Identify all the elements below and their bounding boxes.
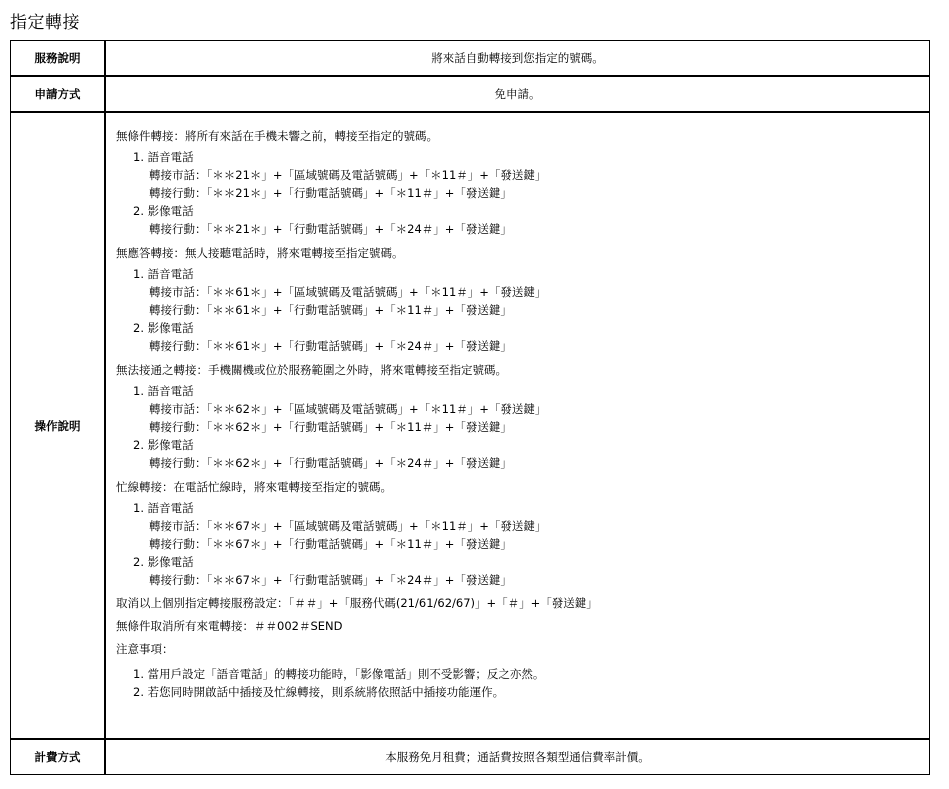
cancel-all-text: 無條件取消所有來電轉接：＃＃002＃SEND <box>116 617 929 635</box>
notes-heading: 注意事項： <box>116 640 929 658</box>
code-line: 轉接行動：「＊＊62＊」+「行動電話號碼」+「＊11＃」+「發送鍵」 <box>116 418 929 436</box>
section-heading: 無法接通之轉接：手機關機或位於服務範圍之外時，將來電轉接至指定號碼。 <box>116 361 929 379</box>
list-item: 2. 影像電話 <box>116 319 929 337</box>
note-item: 2. 若您同時開啟話中插接及忙線轉接，則系統將依照話中插接功能運作。 <box>116 683 929 701</box>
operation-content: 無條件轉接：將所有來話在手機未響之前，轉接至指定的號碼。 1. 語音電話 轉接市… <box>105 112 930 739</box>
row-billing: 計費方式 本服務免月租費；通話費按照各類型通信費率計價。 <box>11 739 930 775</box>
section-busy: 忙線轉接：在電話忙線時，將來電轉接至指定的號碼。 1. 語音電話 轉接市話：「＊… <box>116 478 929 589</box>
row-label: 申請方式 <box>11 76 106 112</box>
list-item: 2. 影像電話 <box>116 553 929 571</box>
code-line: 轉接行動：「＊＊61＊」+「行動電話號碼」+「＊24＃」+「發送鍵」 <box>116 337 929 355</box>
note-item: 1. 當用戶設定「語音電話」的轉接功能時，「影像電話」則不受影響；反之亦然。 <box>116 665 929 683</box>
row-service-description: 服務說明 將來話自動轉接到您指定的號碼。 <box>11 41 930 77</box>
code-line: 轉接行動：「＊＊61＊」+「行動電話號碼」+「＊11＃」+「發送鍵」 <box>116 301 929 319</box>
service-info-table: 服務說明 將來話自動轉接到您指定的號碼。 申請方式 免申請。 操作說明 無條件轉… <box>10 40 930 775</box>
section-unreachable: 無法接通之轉接：手機關機或位於服務範圍之外時，將來電轉接至指定號碼。 1. 語音… <box>116 361 929 472</box>
row-value: 將來話自動轉接到您指定的號碼。 <box>105 41 930 77</box>
row-apply-method: 申請方式 免申請。 <box>11 76 930 112</box>
code-line: 轉接市話：「＊＊21＊」+「區域號碼及電話號碼」+「＊11＃」+「發送鍵」 <box>116 166 929 184</box>
cancel-individual-text: 取消以上個別指定轉接服務設定：「＃＃」+「服務代碼(21/61/62/67)」+… <box>116 594 929 612</box>
row-label: 操作說明 <box>11 112 106 739</box>
row-label: 計費方式 <box>11 739 106 775</box>
section-no-answer: 無應答轉接：無人接聽電話時，將來電轉接至指定號碼。 1. 語音電話 轉接市話：「… <box>116 244 929 355</box>
list-item: 1. 語音電話 <box>116 265 929 283</box>
code-line: 轉接市話：「＊＊61＊」+「區域號碼及電話號碼」+「＊11＃」+「發送鍵」 <box>116 283 929 301</box>
code-line: 轉接行動：「＊＊67＊」+「行動電話號碼」+「＊11＃」+「發送鍵」 <box>116 535 929 553</box>
row-operation-instructions: 操作說明 無條件轉接：將所有來話在手機未響之前，轉接至指定的號碼。 1. 語音電… <box>11 112 930 739</box>
code-line: 轉接市話：「＊＊67＊」+「區域號碼及電話號碼」+「＊11＃」+「發送鍵」 <box>116 517 929 535</box>
code-line: 轉接市話：「＊＊62＊」+「區域號碼及電話號碼」+「＊11＃」+「發送鍵」 <box>116 400 929 418</box>
page-title: 指定轉接 <box>10 8 80 33</box>
section-heading: 忙線轉接：在電話忙線時，將來電轉接至指定的號碼。 <box>116 478 929 496</box>
list-item: 2. 影像電話 <box>116 436 929 454</box>
list-item: 1. 語音電話 <box>116 499 929 517</box>
row-label: 服務說明 <box>11 41 106 77</box>
list-item: 1. 語音電話 <box>116 148 929 166</box>
code-line: 轉接行動：「＊＊67＊」+「行動電話號碼」+「＊24＃」+「發送鍵」 <box>116 571 929 589</box>
row-value: 免申請。 <box>105 76 930 112</box>
section-heading: 無條件轉接：將所有來話在手機未響之前，轉接至指定的號碼。 <box>116 127 929 145</box>
list-item: 2. 影像電話 <box>116 202 929 220</box>
code-line: 轉接行動：「＊＊62＊」+「行動電話號碼」+「＊24＃」+「發送鍵」 <box>116 454 929 472</box>
list-item: 1. 語音電話 <box>116 382 929 400</box>
code-line: 轉接行動：「＊＊21＊」+「行動電話號碼」+「＊11＃」+「發送鍵」 <box>116 184 929 202</box>
code-line: 轉接行動：「＊＊21＊」+「行動電話號碼」+「＊24＃」+「發送鍵」 <box>116 220 929 238</box>
row-value: 本服務免月租費；通話費按照各類型通信費率計價。 <box>105 739 930 775</box>
section-heading: 無應答轉接：無人接聽電話時，將來電轉接至指定號碼。 <box>116 244 929 262</box>
section-unconditional: 無條件轉接：將所有來話在手機未響之前，轉接至指定的號碼。 1. 語音電話 轉接市… <box>116 127 929 238</box>
